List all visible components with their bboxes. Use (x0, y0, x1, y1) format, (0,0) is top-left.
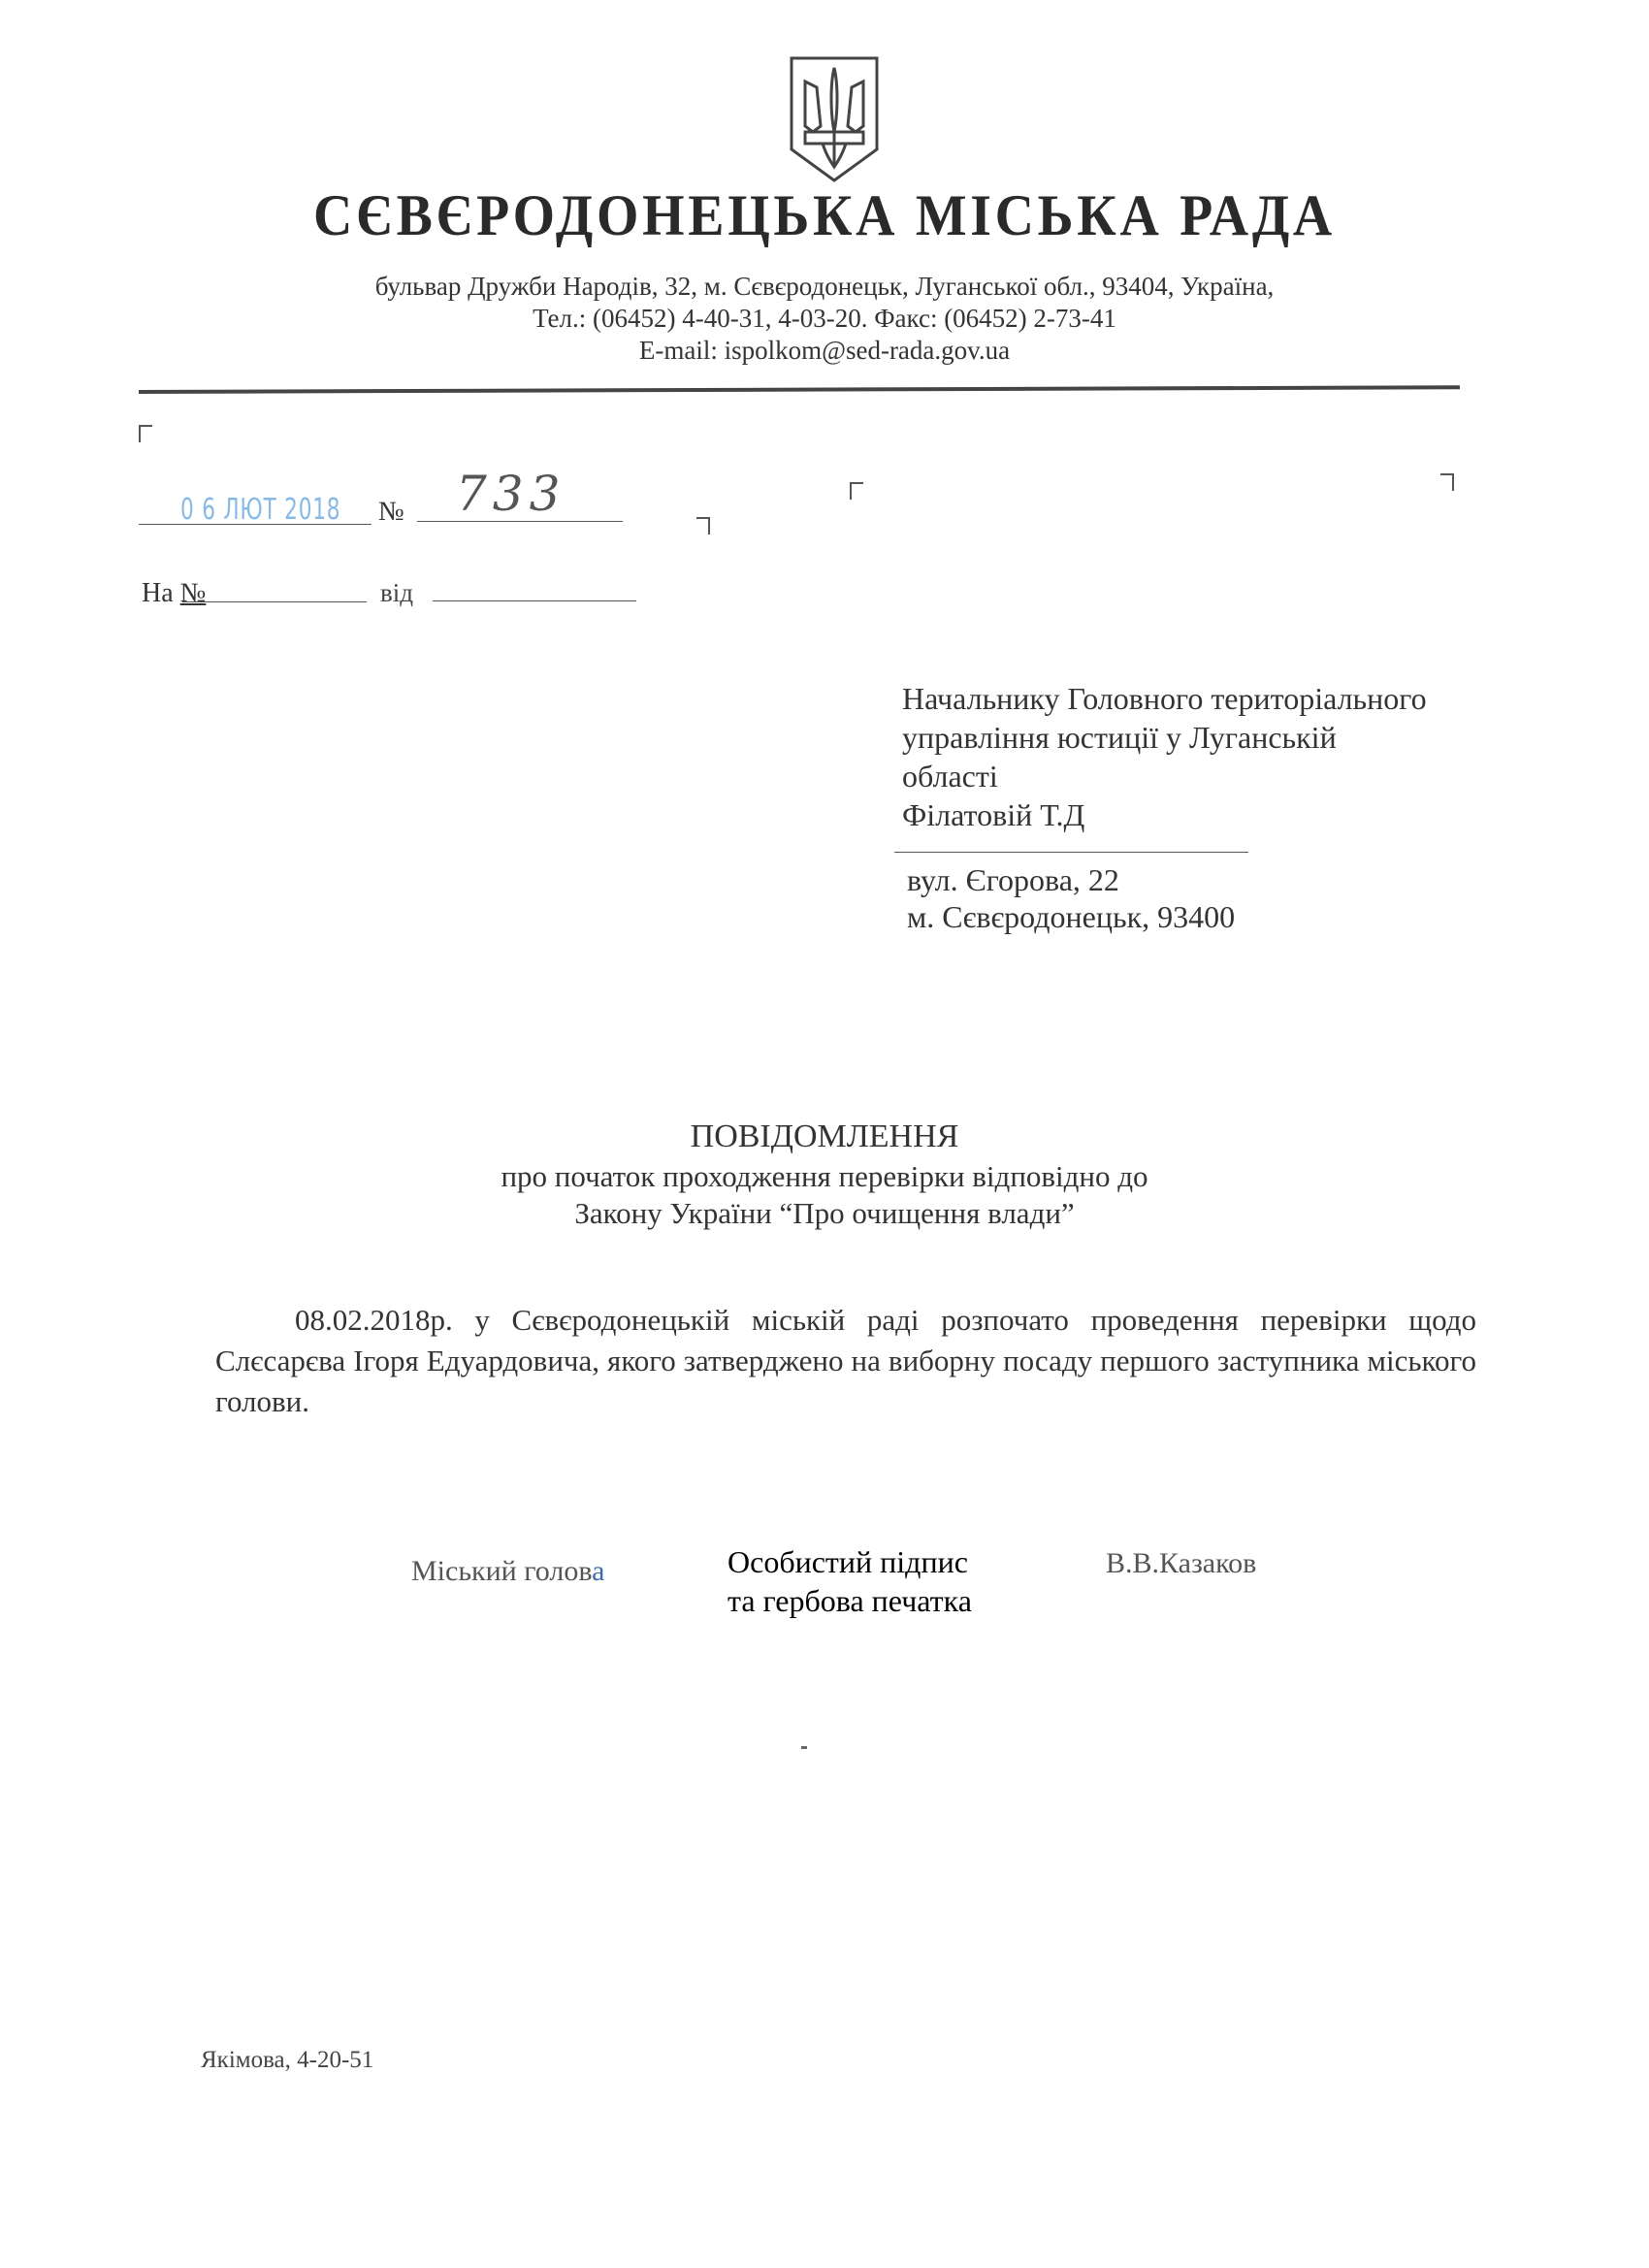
signatory-role: Міський голова (411, 1555, 604, 1588)
signatory-name: В.В.Казаков (1106, 1547, 1256, 1580)
signatory-role-text: Міський голов (411, 1555, 592, 1587)
corner-mark-top-left (139, 425, 152, 442)
corner-mark-reg-right (696, 517, 710, 535)
notice-subtitle: про початок проходження перевірки відпов… (0, 1158, 1649, 1195)
addressee-block: Начальнику Головного територіального упр… (902, 679, 1427, 834)
organization-email: E-mail: ispolkom@sed-rada.gov.ua (0, 336, 1649, 366)
executor-contact: Якімова, 4-20-51 (201, 2047, 373, 2074)
addressee-line: області (902, 757, 1427, 795)
reg-number-value: 733 (456, 466, 566, 522)
notice-subtitle: Закону України “Про очищення влади” (0, 1195, 1649, 1232)
organization-phone: Тел.: (06452) 4-40-31, 4-03-20. Факс: (0… (0, 304, 1649, 334)
corner-mark-addressee-left (850, 482, 863, 500)
organization-address: бульвар Дружби Народів, 32, м. Сєвєродон… (0, 272, 1649, 302)
reg-number-label: № (378, 497, 404, 528)
addressee-city: м. Сєвєродонецьк, 93400 (907, 898, 1235, 935)
addressee-street: вул. Єгорова, 22 (907, 861, 1235, 898)
ref-label-text: На (142, 578, 174, 608)
scan-artifact (801, 1746, 807, 1749)
addressee-line: Начальнику Головного територіального (902, 679, 1427, 718)
ref-label: На № (142, 578, 206, 609)
reg-date-stamp: 0 6 ЛЮТ 2018 (180, 493, 340, 527)
notice-title: ПОВІДОМЛЕННЯ (0, 1116, 1649, 1158)
addressee-line: управління юстиції у Луганській (902, 718, 1427, 757)
ref-number-symbol: № (180, 578, 207, 608)
notice-heading: ПОВІДОМЛЕННЯ про початок проходження пер… (0, 1116, 1649, 1232)
ref-number-line (182, 601, 367, 602)
header-divider (139, 385, 1460, 394)
signature-placeholder: Особистий підпис та гербова печатка (727, 1542, 972, 1620)
ref-from-label: від (380, 578, 413, 608)
ref-from-line (433, 600, 636, 601)
body-paragraph: 08.02.2018р. у Сєвєродонецькій міській р… (215, 1300, 1476, 1422)
ukraine-coat-of-arms-icon (788, 54, 881, 184)
signature-placeholder-line: та гербова печатка (727, 1581, 972, 1620)
addressee-divider (894, 852, 1248, 853)
addressee-name: Філатовій Т.Д (902, 795, 1427, 834)
addressee-address: вул. Єгорова, 22 м. Сєвєродонецьк, 93400 (907, 861, 1235, 935)
corner-mark-addressee-right (1440, 473, 1454, 491)
organization-name: СЄВЄРОДОНЕЦЬКА МІСЬКА РАДА (58, 182, 1592, 249)
signatory-role-last-letter: а (592, 1555, 604, 1587)
signature-placeholder-line: Особистий підпис (727, 1542, 972, 1581)
